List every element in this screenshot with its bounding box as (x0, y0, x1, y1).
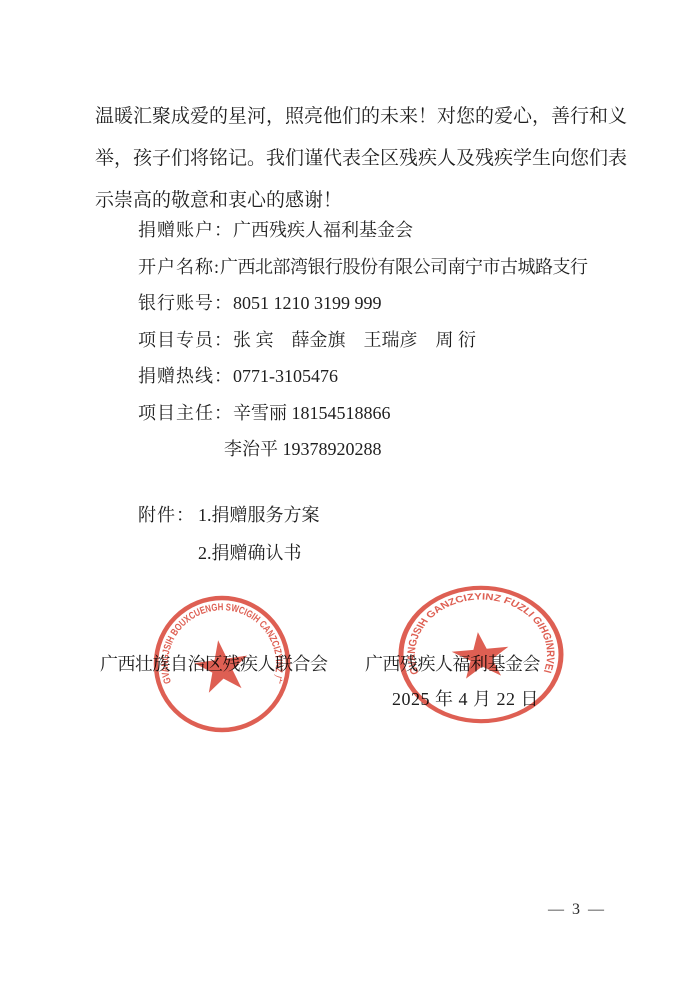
detail-value: 广西残疾人福利基金会 (233, 220, 413, 240)
detail-value: 张 宾 薛金旗 王瑞彦 周 衍 (233, 330, 476, 350)
attachment-line: 附件：1.捐赠服务方案 (138, 496, 320, 534)
attachment-item: 2.捐赠确认书 (198, 543, 302, 563)
detail-label: 项目专员： (138, 330, 233, 350)
detail-value: 广西北部湾银行股份有限公司南宁市古城路支行 (220, 257, 588, 277)
paragraph-line: 温暖汇聚成爱的星河，照亮他们的未来！对您的爱心，善行和义 (95, 96, 620, 138)
signature-date: 2025 年 4 月 22 日 (392, 685, 539, 711)
attachments-section: 附件：1.捐赠服务方案 2.捐赠确认书 (138, 496, 320, 572)
attachments-label: 附件： (138, 496, 198, 534)
detail-row-account: 捐赠账户：广西残疾人福利基金会 (138, 212, 658, 249)
detail-label: 开户名称: (138, 257, 220, 277)
paragraph-line: 举，孩子们将铭记。我们谨代表全区残疾人及残疾学生向您们表 (95, 138, 620, 180)
detail-row-bank-name: 开户名称:广西北部湾银行股份有限公司南宁市古城路支行 (138, 249, 658, 286)
page-number: — 3 — (548, 901, 606, 919)
signature-left-org: 广西壮族自治区残疾人联合会 (100, 650, 328, 676)
donation-details: 捐赠账户：广西残疾人福利基金会 开户名称:广西北部湾银行股份有限公司南宁市古城路… (138, 212, 658, 468)
detail-row-account-number: 银行账号：8051 1210 3199 999 (138, 285, 658, 322)
detail-row-hotline: 捐赠热线：0771-3105476 (138, 358, 658, 395)
body-paragraph: 温暖汇聚成爱的星河，照亮他们的未来！对您的爱心，善行和义 举，孩子们将铭记。我们… (95, 96, 620, 222)
detail-label: 捐赠账户： (138, 220, 233, 240)
detail-value: 0771-3105476 (233, 366, 338, 386)
detail-value: 8051 1210 3199 999 (233, 293, 382, 313)
detail-row-director-1: 项目主任：辛雪丽 18154518866 (138, 395, 658, 432)
detail-value: 辛雪丽 18154518866 (233, 403, 391, 423)
detail-label: 项目主任： (138, 403, 233, 423)
detail-value: 李治平 19378920288 (224, 439, 382, 459)
attachment-line: 2.捐赠确认书 (138, 534, 320, 572)
detail-row-project-staff: 项目专员：张 宾 薛金旗 王瑞彦 周 衍 (138, 322, 658, 359)
detail-label: 银行账号： (138, 293, 233, 313)
detail-label: 捐赠热线： (138, 366, 233, 386)
detail-row-director-2: 李治平 19378920288 (138, 431, 658, 468)
document-page: 温暖汇聚成爱的星河，照亮他们的未来！对您的爱心，善行和义 举，孩子们将铭记。我们… (0, 0, 700, 991)
signature-right-org: 广西残疾人福利基金会 (365, 650, 540, 676)
attachment-item: 1.捐赠服务方案 (198, 505, 320, 525)
